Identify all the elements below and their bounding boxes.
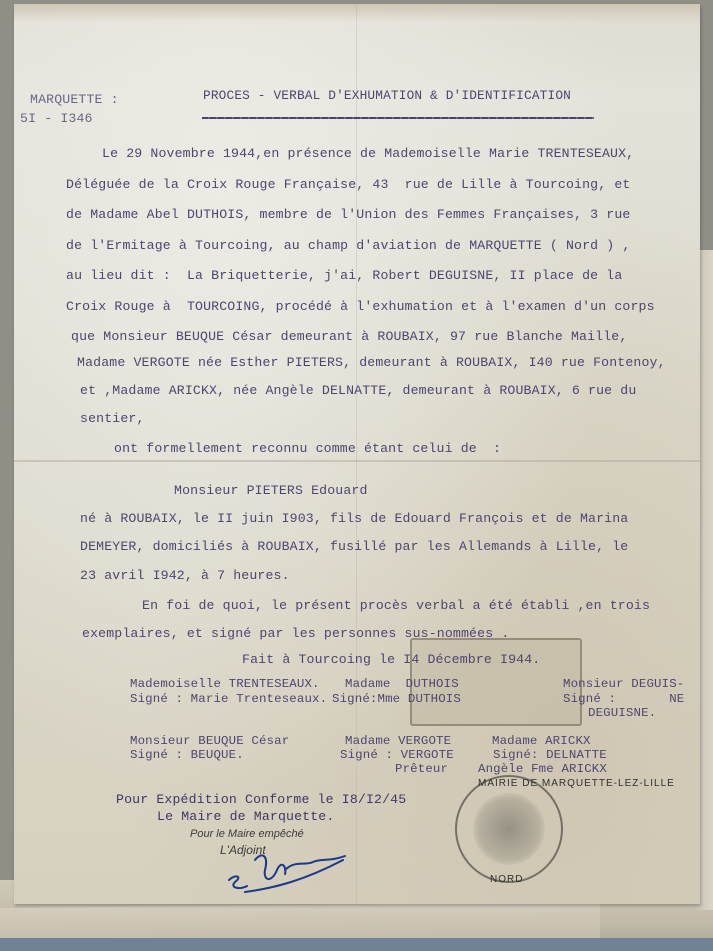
identified-person: Monsieur PIETERS Edouard xyxy=(174,483,368,498)
fold-crease xyxy=(14,460,700,462)
signatory-signed: Signé: DELNATTE xyxy=(493,748,607,762)
body-line: sentier, xyxy=(80,411,145,426)
seal-bottom-text: NORD xyxy=(490,874,523,885)
signatory-signed: Signé : BEUQUE. xyxy=(130,748,244,762)
body-line: Déléguée de la Croix Rouge Française, 43… xyxy=(66,177,630,192)
body-line: Croix Rouge à TOURCOING, procédé à l'exh… xyxy=(66,299,655,314)
signatory-extra: Angèle Fme ARICKX xyxy=(478,762,607,776)
seal-text: MAIRIE DE MARQUETTE-LEZ-LILLE xyxy=(478,778,675,789)
signature xyxy=(225,840,355,900)
body-line: Le 29 Novembre 1944,en présence de Madem… xyxy=(102,146,634,161)
body-line: et ,Madame ARICKX, née Angèle DELNATTE, … xyxy=(80,383,636,398)
document-title: PROCES - VERBAL D'EXHUMATION & D'IDENTIF… xyxy=(203,88,571,103)
reference-place: MARQUETTE : xyxy=(30,92,119,107)
mairie-seal xyxy=(455,775,563,883)
title-underline xyxy=(202,117,594,119)
signatory-extra: Prêteur xyxy=(395,762,448,776)
body-line: ont formellement reconnu comme étant cel… xyxy=(114,441,501,456)
signatory-name: Monsieur BEUQUE César xyxy=(130,734,289,748)
background-surface xyxy=(0,938,713,951)
identity-line: DEMEYER, domiciliés à ROUBAIX, fusillé p… xyxy=(80,539,628,554)
signatory-signed: Signé:Mme DUTHOIS xyxy=(332,692,461,706)
body-line: de Madame Abel DUTHOIS, membre de l'Unio… xyxy=(66,207,630,222)
signatory-name: Madame DUTHOIS xyxy=(345,677,459,691)
certification-line: Le Maire de Marquette. xyxy=(157,809,334,824)
closing-line: En foi de quoi, le présent procès verbal… xyxy=(142,598,650,613)
place-date: Fait à Tourcoing le I4 Décembre I944. xyxy=(242,652,540,667)
seal-emblem xyxy=(473,793,545,865)
signatory-signed: Signé : VERGOTE xyxy=(340,748,454,762)
body-line: Madame VERGOTE née Esther PIETERS, demeu… xyxy=(77,355,666,370)
body-line: au lieu dit : La Briquetterie, j'ai, Rob… xyxy=(66,268,622,283)
paper-shadow xyxy=(14,4,700,22)
signatory-signed: Signé : Marie Trenteseaux. xyxy=(130,692,327,706)
closing-line: exemplaires, et signé par les personnes … xyxy=(82,626,509,641)
identity-line: 23 avril I942, à 7 heures. xyxy=(80,568,290,583)
body-line: de l'Ermitage à Tourcoing, au champ d'av… xyxy=(66,238,630,253)
signatory-extra: DEGUISNE. xyxy=(588,706,656,720)
body-line: que Monsieur BEUQUE César demeurant à RO… xyxy=(71,329,627,344)
certification-line: Pour Expédition Conforme le I8/I2/45 xyxy=(116,792,406,807)
identity-line: né à ROUBAIX, le II juin I903, fils de E… xyxy=(80,511,628,526)
reference-number: 5I - I346 xyxy=(20,111,93,126)
signatory-signed: Signé : NE xyxy=(563,692,684,706)
signatory-name: Mademoiselle TRENTESEAUX. xyxy=(130,677,320,691)
signatory-name: Madame VERGOTE xyxy=(345,734,451,748)
signatory-name: Monsieur DEGUIS- xyxy=(563,677,684,691)
stamp-text: Pour le Maire empêché xyxy=(190,828,304,840)
signatory-name: Madame ARICKX xyxy=(492,734,591,748)
